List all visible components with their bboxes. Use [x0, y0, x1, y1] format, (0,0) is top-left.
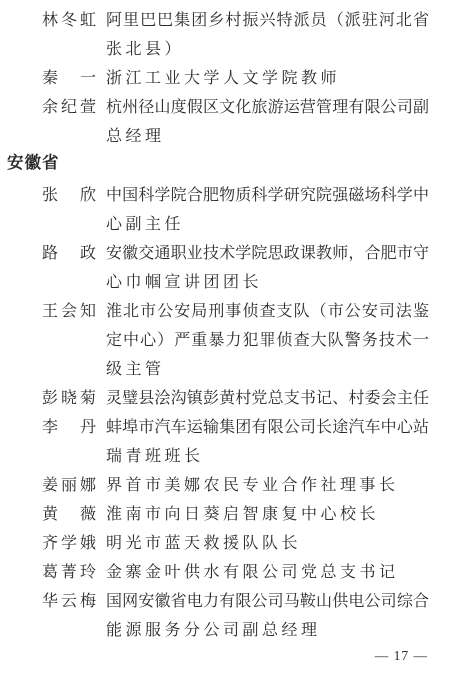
section-header-anhui: 安徽省 — [7, 148, 429, 177]
person-name: 黄薇 — [42, 500, 96, 529]
list-entry: 李丹 蚌埠市汽车运输集团有限公司长途汽车中心站 瑞青班班长 — [42, 413, 429, 471]
person-title: 界首市美娜农民专业合作社理事长 — [106, 471, 429, 500]
title-line: 淮南市向日葵启智康复中心校长 — [106, 500, 429, 529]
list-entry: 黄薇 淮南市向日葵启智康复中心校长 — [42, 500, 429, 529]
title-line: 心副主任 — [106, 210, 429, 239]
person-name: 林冬虹 — [42, 6, 96, 35]
list-entry: 路政 安徽交通职业技术学院思政课教师，合肥市守 心巾帼宣讲团团长 — [42, 239, 429, 297]
person-title: 蚌埠市汽车运输集团有限公司长途汽车中心站 瑞青班班长 — [106, 413, 429, 471]
title-line: 界首市美娜农民专业合作社理事长 — [106, 471, 429, 500]
person-name: 秦一 — [42, 64, 96, 93]
person-title: 淮南市向日葵启智康复中心校长 — [106, 500, 429, 529]
title-line: 张北县） — [106, 35, 429, 64]
person-name: 姜丽娜 — [42, 471, 96, 500]
title-line: 级主管 — [106, 355, 429, 384]
person-name: 李丹 — [42, 413, 96, 442]
person-title: 明光市蓝天救援队队长 — [106, 529, 429, 558]
person-name: 王会知 — [42, 297, 96, 326]
person-title: 淮北市公安局刑事侦查支队（市公安司法鉴 定中心）严重暴力犯罪侦查大队警务技术一 … — [106, 297, 429, 384]
title-line: 淮北市公安局刑事侦查支队（市公安司法鉴 — [106, 297, 429, 326]
title-line: 总经理 — [106, 122, 429, 151]
title-line: 杭州径山度假区文化旅游运营管理有限公司副 — [106, 93, 429, 122]
person-title: 安徽交通职业技术学院思政课教师，合肥市守 心巾帼宣讲团团长 — [106, 239, 429, 297]
title-line: 灵璧县浍沟镇彭黄村党总支书记、村委会主任 — [106, 384, 429, 413]
title-line: 阿里巴巴集团乡村振兴特派员（派驻河北省 — [106, 6, 429, 35]
list-entry: 张欣 中国科学院合肥物质科学研究院强磁场科学中 心副主任 — [42, 181, 429, 239]
person-name: 华云梅 — [42, 587, 96, 616]
person-name: 路政 — [42, 239, 96, 268]
honor-roll-list: 林冬虹 阿里巴巴集团乡村振兴特派员（派驻河北省 张北县） 秦一 浙江工业大学人文… — [0, 0, 452, 645]
person-name: 张欣 — [42, 181, 96, 210]
title-line: 中国科学院合肥物质科学研究院强磁场科学中 — [106, 181, 429, 210]
person-title: 阿里巴巴集团乡村振兴特派员（派驻河北省 张北县） — [106, 6, 429, 64]
title-line: 能源服务分公司副总经理 — [106, 616, 429, 645]
person-name: 彭晓菊 — [42, 384, 96, 413]
title-line: 瑞青班班长 — [106, 442, 429, 471]
list-entry: 齐学娥 明光市蓝天救援队队长 — [42, 529, 429, 558]
person-name: 余纪萱 — [42, 93, 96, 122]
title-line: 浙江工业大学人文学院教师 — [106, 64, 429, 93]
person-title: 金寨金叶供水有限公司党总支书记 — [106, 558, 429, 587]
person-name: 葛菁玲 — [42, 558, 96, 587]
list-entry: 葛菁玲 金寨金叶供水有限公司党总支书记 — [42, 558, 429, 587]
page-number: — 17 — — [375, 648, 428, 664]
title-line: 国网安徽省电力有限公司马鞍山供电公司综合 — [106, 587, 429, 616]
list-entry: 华云梅 国网安徽省电力有限公司马鞍山供电公司综合 能源服务分公司副总经理 — [42, 587, 429, 645]
list-entry: 王会知 淮北市公安局刑事侦查支队（市公安司法鉴 定中心）严重暴力犯罪侦查大队警务… — [42, 297, 429, 384]
person-title: 杭州径山度假区文化旅游运营管理有限公司副 总经理 — [106, 93, 429, 151]
person-title: 灵璧县浍沟镇彭黄村党总支书记、村委会主任 — [106, 384, 429, 413]
document-page: 林冬虹 阿里巴巴集团乡村振兴特派员（派驻河北省 张北县） 秦一 浙江工业大学人文… — [0, 0, 452, 700]
list-entry: 林冬虹 阿里巴巴集团乡村振兴特派员（派驻河北省 张北县） — [42, 6, 429, 64]
person-title: 国网安徽省电力有限公司马鞍山供电公司综合 能源服务分公司副总经理 — [106, 587, 429, 645]
title-line: 心巾帼宣讲团团长 — [106, 268, 429, 297]
person-title: 浙江工业大学人文学院教师 — [106, 64, 429, 93]
list-entry: 彭晓菊 灵璧县浍沟镇彭黄村党总支书记、村委会主任 — [42, 384, 429, 413]
person-name: 齐学娥 — [42, 529, 96, 558]
list-entry: 秦一 浙江工业大学人文学院教师 — [42, 64, 429, 93]
person-title: 中国科学院合肥物质科学研究院强磁场科学中 心副主任 — [106, 181, 429, 239]
title-line: 蚌埠市汽车运输集团有限公司长途汽车中心站 — [106, 413, 429, 442]
title-line: 安徽交通职业技术学院思政课教师，合肥市守 — [106, 239, 429, 268]
title-line: 金寨金叶供水有限公司党总支书记 — [106, 558, 429, 587]
list-entry: 余纪萱 杭州径山度假区文化旅游运营管理有限公司副 总经理 — [42, 93, 429, 151]
title-line: 明光市蓝天救援队队长 — [106, 529, 429, 558]
title-line: 定中心）严重暴力犯罪侦查大队警务技术一 — [106, 326, 429, 355]
list-entry: 姜丽娜 界首市美娜农民专业合作社理事长 — [42, 471, 429, 500]
